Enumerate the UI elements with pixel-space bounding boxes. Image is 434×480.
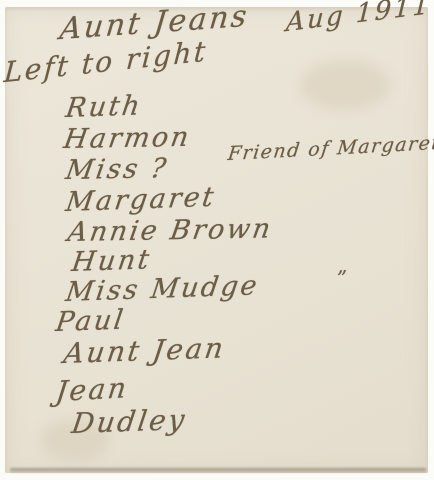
name-margaret: Margaret <box>64 182 218 218</box>
name-annie-brown: Annie Brown <box>66 213 275 248</box>
ditto-mark: ” <box>337 266 351 290</box>
name-harmon: Harmon <box>62 122 194 155</box>
name-miss-unknown: Miss ? <box>64 153 171 186</box>
name-jean: Jean <box>54 371 131 408</box>
paper-edge-shadow <box>10 468 426 473</box>
photo-back-scan: Aunt Jeans Aug 1911 Left to right Ruth H… <box>0 0 434 480</box>
paper-stain <box>300 60 390 110</box>
name-dudley: Dudley <box>70 403 189 440</box>
name-aunt-jean: Aunt Jean <box>62 331 228 370</box>
name-ruth: Ruth <box>64 90 144 124</box>
name-paul: Paul <box>54 305 127 339</box>
name-hunt: Hunt <box>70 244 154 278</box>
